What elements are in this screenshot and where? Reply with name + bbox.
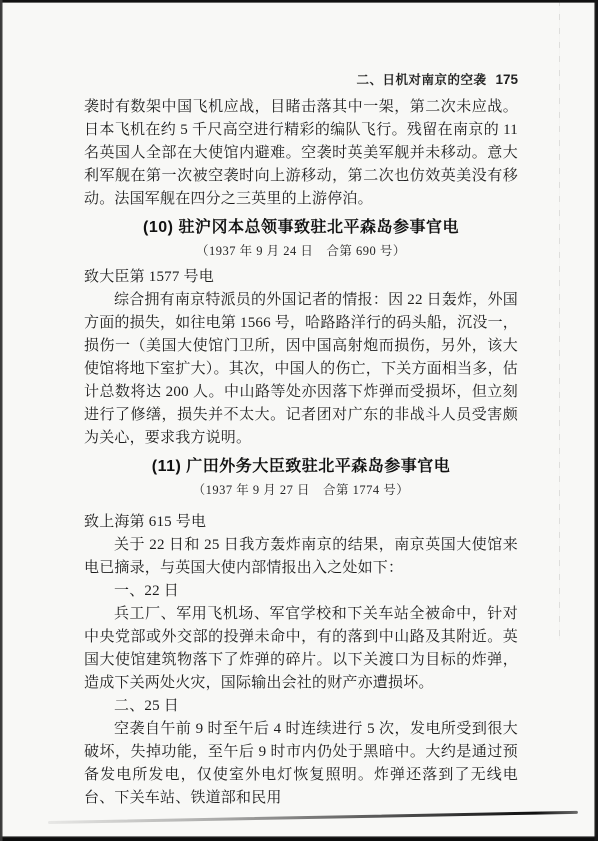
scanned-book-page: 二、日机对南京的空袭175 袭时有数架中国飞机应战，目睹击落其中一架，第二次未应…	[0, 0, 598, 841]
section-11-item-1-label: 一、22 日	[84, 580, 518, 603]
section-10-heading: (10) 驻沪冈本总领事致驻北平森岛参事官电	[84, 218, 518, 238]
page-number: 175	[495, 72, 518, 87]
running-head: 二、日机对南京的空袭175	[84, 70, 518, 88]
section-11-dateline: （1937 年 9 月 27 日 合第 1774 号）	[84, 482, 518, 498]
continuation-paragraph: 袭时有数架中国飞机应战，目睹击落其中一架，第二次未应战。日本飞机在约 5 千尺高…	[84, 96, 518, 211]
section-11-intro: 关于 22 日和 25 日我方轰炸南京的结果，南京英国大使馆来电已摘录，与英国大…	[84, 534, 518, 580]
scan-edge-left	[0, 0, 3, 841]
scan-edge-top	[0, 0, 598, 3]
running-head-title: 二、日机对南京的空袭	[356, 73, 486, 87]
section-10-dateline: （1937 年 9 月 24 日 合第 690 号）	[84, 243, 518, 259]
page-body: 袭时有数架中国飞机应战，目睹击落其中一架，第二次未应战。日本飞机在约 5 千尺高…	[84, 96, 518, 810]
scan-fold-shadow-line	[48, 811, 578, 824]
section-11-heading: (11) 广田外务大臣致驻北平森岛参事官电	[84, 457, 518, 477]
section-11-item-1-body: 兵工厂、军用飞机场、军官学校和下关车站全被命中，针对中央党部或外交部的投弹未命中…	[84, 603, 518, 695]
section-11-item-2-label: 二、25 日	[84, 695, 518, 718]
section-10-salutation: 致大臣第 1577 号电	[84, 266, 518, 289]
section-11-item-2-body: 空袭自午前 9 时至午后 4 时连续进行 5 次，发电所受到很大破坏，失掉功能，…	[84, 718, 518, 810]
scan-edge-bottom	[0, 836, 598, 841]
section-11-salutation: 致上海第 615 号电	[84, 511, 518, 534]
section-10-body: 综合拥有南京特派员的外国记者的情报：因 22 日轰炸，外国方面的损失，如往电第 …	[84, 289, 518, 450]
scan-edge-right	[594, 0, 598, 841]
scan-artifact-vertical-line	[559, 0, 560, 640]
